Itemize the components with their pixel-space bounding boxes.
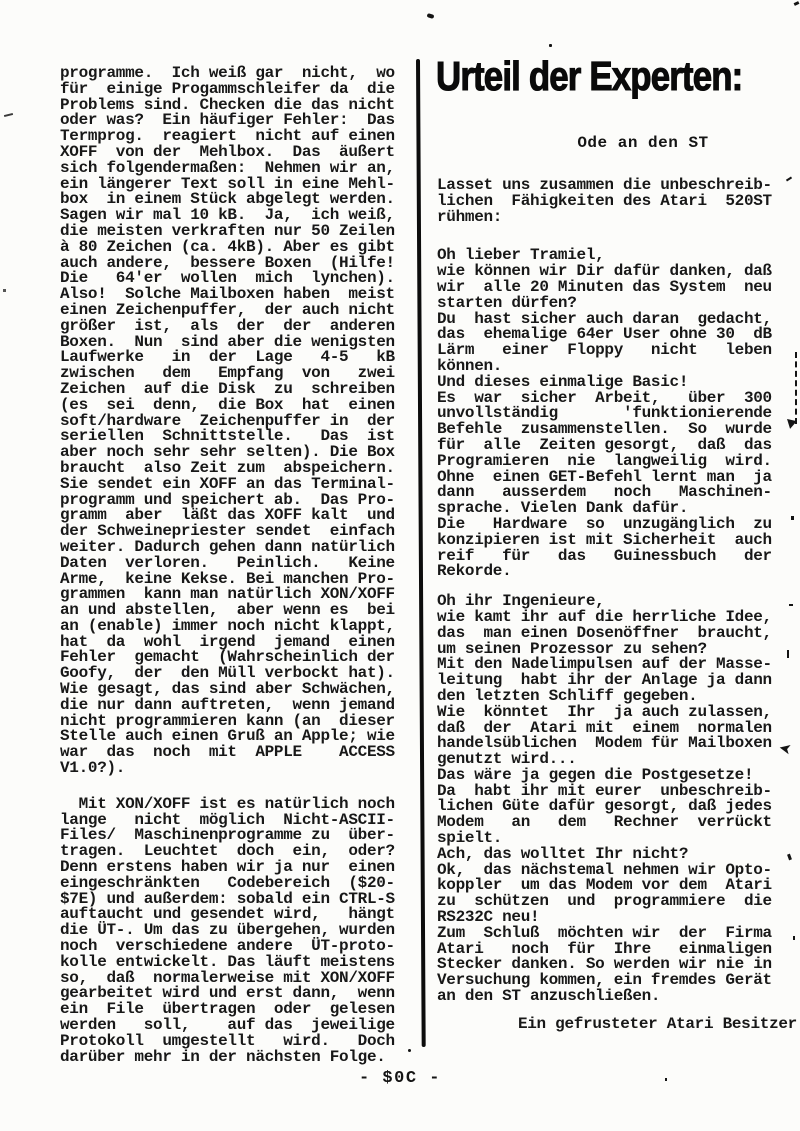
ink-speck <box>787 650 789 658</box>
column-divider-rule <box>416 59 426 1047</box>
ink-speck <box>408 1049 411 1052</box>
margin-arrowhead-down <box>785 419 797 430</box>
article-paragraph-1: programme. Ich weiß gar nicht, wo für ei… <box>60 66 412 777</box>
ink-speck <box>789 604 793 606</box>
poem-stanza-2: Oh ihr Ingenieure, wie kamt ihr auf die … <box>437 594 797 1005</box>
ink-speck <box>4 113 13 117</box>
ink-speck <box>791 516 794 520</box>
ink-speck <box>549 44 552 47</box>
scanned-magazine-page: programme. Ich weiß gar nicht, wo für ei… <box>0 0 800 1131</box>
right-article-column: Lasset uns zusammen die unbeschreib- lic… <box>437 178 797 1033</box>
page-number: - $0C - <box>300 1069 500 1088</box>
margin-dashed-line <box>795 352 797 424</box>
poem-signature: Ein gefrusteter Atari Besitzer <box>437 1017 797 1033</box>
ink-speck <box>793 936 795 940</box>
section-headline: Urteil der Experten: <box>436 56 759 97</box>
ink-speck <box>665 1078 667 1081</box>
ink-speck <box>794 1 800 6</box>
left-article-column: programme. Ich weiß gar nicht, wo für ei… <box>60 66 412 1065</box>
article-paragraph-2: Mit XON/XOFF ist es natürlich noch lange… <box>60 797 412 1066</box>
poem-title: Ode an den ST <box>437 134 797 152</box>
ink-blot <box>427 13 435 19</box>
poem-stanza-1: Oh lieber Tramiel, wie können wir Dir da… <box>437 248 797 580</box>
ink-speck <box>3 289 6 292</box>
poem-intro: Lasset uns zusammen die unbeschreib- lic… <box>437 178 797 225</box>
